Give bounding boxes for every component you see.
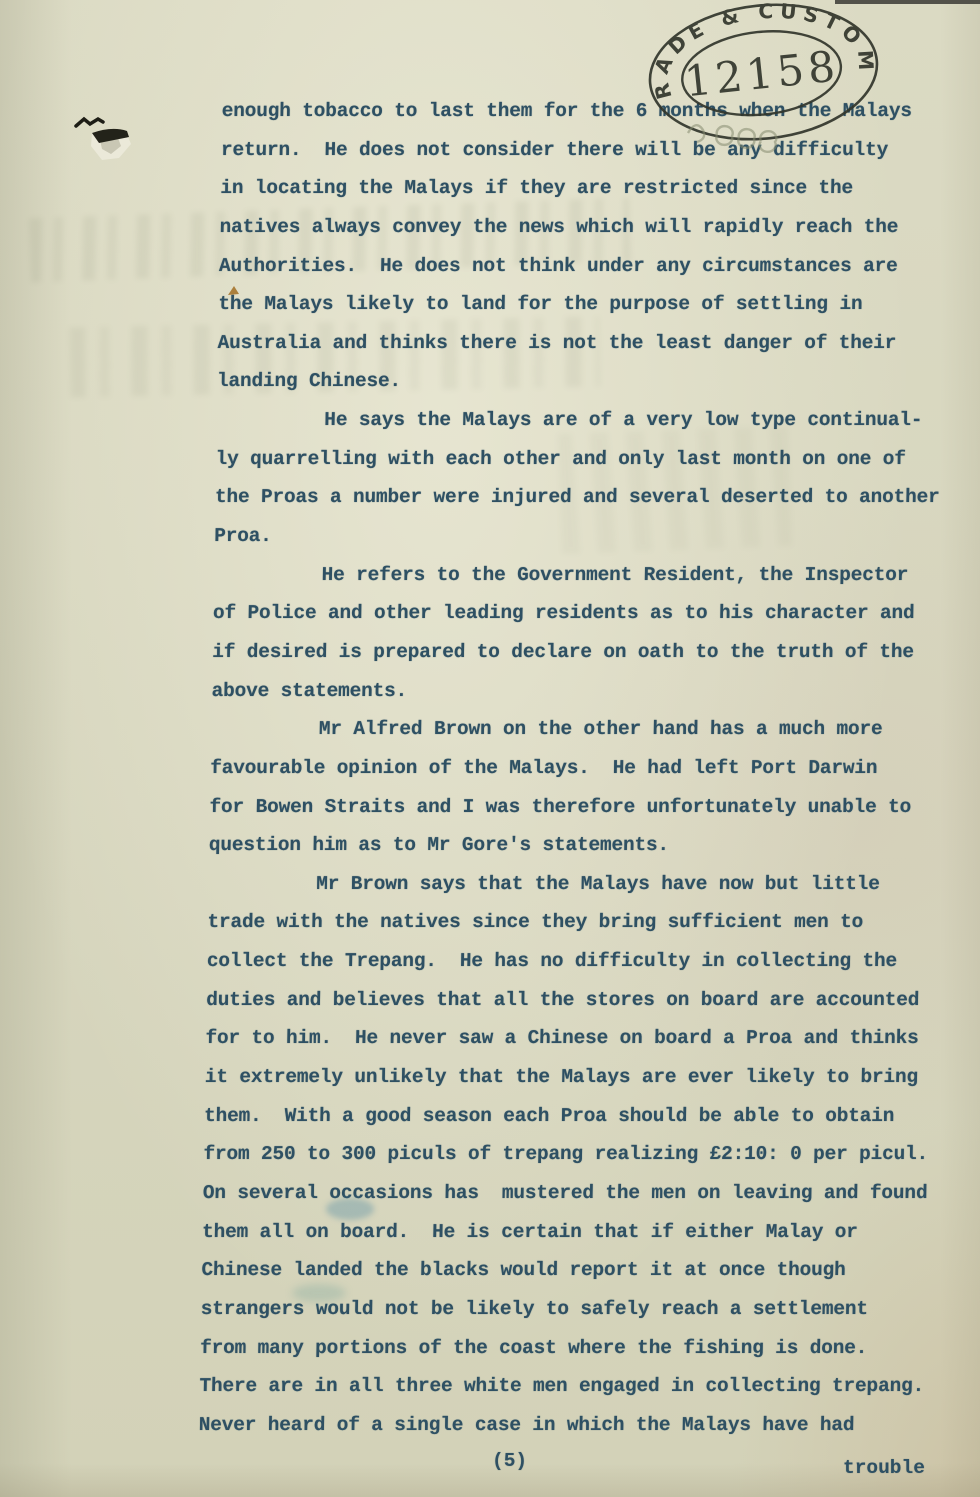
typed-line: from many portions of the coast where th… bbox=[200, 1329, 959, 1368]
typed-line: in locating the Malays if they are restr… bbox=[220, 169, 979, 208]
typed-line: favourable opinion of the Malays. He had… bbox=[210, 749, 969, 788]
typed-line: Mr Brown says that the Malays have now b… bbox=[208, 865, 967, 904]
typed-line: Chinese landed the blacks would report i… bbox=[201, 1251, 960, 1290]
typed-line: Proa. bbox=[214, 517, 973, 556]
typed-line: There are in all three white men engaged… bbox=[199, 1367, 958, 1406]
typed-line: He refers to the Government Resident, th… bbox=[213, 556, 972, 595]
typed-line: Australia and thinks there is not the le… bbox=[217, 324, 976, 363]
typed-line: them. With a good season each Proa shoul… bbox=[204, 1097, 963, 1136]
typed-line: if desired is prepared to declare on oat… bbox=[212, 633, 971, 672]
typed-line: strangers would not be likely to safely … bbox=[200, 1290, 959, 1329]
typed-line: for to him. He never saw a Chinese on bo… bbox=[205, 1019, 964, 1058]
typed-line: ly quarrelling with each other and only … bbox=[215, 440, 974, 479]
typed-line: from 250 to 300 piculs of trepang realiz… bbox=[203, 1135, 962, 1174]
typed-line: the Proas a number were injured and seve… bbox=[215, 478, 974, 517]
typed-line: Authorities. He does not think under any… bbox=[219, 247, 978, 286]
typed-lines: enough tobacco to last them for the 6 mo… bbox=[0, 92, 980, 1444]
stamp-number: 12158 bbox=[682, 41, 841, 106]
typed-line: trade with the natives since they bring … bbox=[207, 903, 966, 942]
typed-line: above statements. bbox=[211, 672, 970, 711]
catchword-trouble: trouble bbox=[843, 1457, 925, 1479]
typed-line: natives always convey the news which wil… bbox=[219, 208, 978, 247]
typed-line: them all on board. He is certain that if… bbox=[202, 1213, 961, 1252]
typed-line: On several occasions has mustered the me… bbox=[202, 1174, 961, 1213]
typed-line: He says the Malays are of a very low typ… bbox=[216, 401, 975, 440]
typed-line: question him as to Mr Gore's statements. bbox=[209, 826, 968, 865]
typed-line: Mr Alfred Brown on the other hand has a … bbox=[211, 710, 970, 749]
typed-line: landing Chinese. bbox=[217, 362, 976, 401]
document-page: enough tobacco to last them for the 6 mo… bbox=[0, 0, 980, 1497]
typed-line: collect the Trepang. He has no difficult… bbox=[206, 942, 965, 981]
typed-line: the Malays likely to land for the purpos… bbox=[218, 285, 977, 324]
typed-line: of Police and other leading residents as… bbox=[213, 594, 972, 633]
typed-line: for Bowen Straits and I was therefore un… bbox=[209, 788, 968, 827]
customs-stamp: TRADE & CUSTOMS 12158 bbox=[630, 0, 898, 171]
typed-line: it extremely unlikely that the Malays ar… bbox=[204, 1058, 963, 1097]
page-number: (5) bbox=[492, 1450, 527, 1472]
typed-line: duties and believes that all the stores … bbox=[206, 981, 965, 1020]
typed-line: Never heard of a single case in which th… bbox=[198, 1406, 957, 1445]
